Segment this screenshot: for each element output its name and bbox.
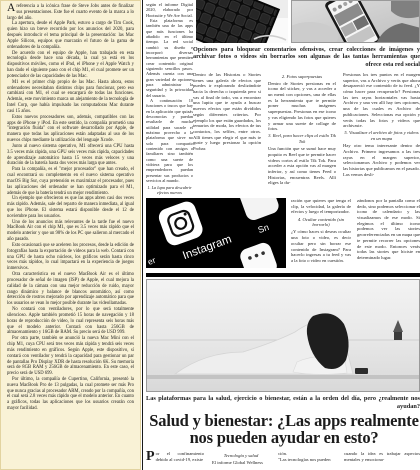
instagram-app-icon-photo: Instagram Sn er: [146, 198, 286, 268]
health-column-4: cuando la idea es trabajar aspectos ment…: [344, 451, 420, 470]
tip-5-heading: 5. Visualizar el archivo de fotos y vide…: [343, 130, 420, 141]
paragraph-text: "Las tecnologías nos pueden: [278, 457, 336, 463]
article-paragraph: Junto al nuevo sistema operativo, M1 ofr…: [7, 144, 134, 167]
article-paragraph: De acuerdo con el equipo de Apple, han t…: [7, 51, 134, 80]
drop-cap: P: [146, 451, 156, 462]
article-paragraph: Un ejemplo que ofrecieron es que las app…: [7, 196, 134, 219]
yoga-mat-edge: [147, 375, 420, 379]
keyboard-photo-graphic: [196, 0, 288, 43]
article-paragraph: Por el confinamiento debido al covid-19,…: [146, 451, 204, 462]
section-separator-bar: [146, 273, 420, 277]
article-paragraph: Estos nuevos procesadores son, además, c…: [7, 115, 134, 144]
article-paragraph: Por otra parte, también se anunció la nu…: [7, 336, 134, 377]
column-divider-rule: [142, 0, 143, 470]
article-paragraph: Otra característica en el nuevo MacBook …: [7, 272, 134, 307]
tip-1-body: Dentro de las Historias o Stories tienes…: [193, 72, 261, 152]
tip-3-body-continued: ración que quieres que tenga el clip, la…: [291, 198, 351, 215]
tip-1-heading: 1. La lupa para descubrir efectos nuevos: [146, 185, 193, 196]
phone-photo-graphic: [292, 1, 420, 43]
article-paragraph: Areferencia a la icónica frase de Steve …: [7, 4, 134, 21]
tips-column-3: Presionas los tres puntos en el margen s…: [343, 72, 420, 197]
hand-holding-phone-photo: [291, 0, 420, 43]
tip-2-heading: 2. Fotos superpuestas: [268, 74, 336, 80]
newspaper-page: Areferencia a la icónica frase de Steve …: [0, 0, 420, 470]
tip-5-body-continued: zándonos por la pantalla como el dedo, s…: [357, 198, 420, 261]
paragraph-text: or el confinamiento debido al covid-19, …: [156, 451, 204, 462]
paragraph-text: referencia a la icónica frase de Steve J…: [7, 4, 134, 21]
instagram-photo-caption: Opciones para bloquear comentarios ofens…: [193, 46, 420, 69]
article-paragraph: La apertura, desde el Apple Park, estuvo…: [7, 21, 134, 50]
article-paragraph: Esta plataforma es también una de las ap…: [146, 18, 193, 98]
article-paragraph: Esto ocasionará que se aceleren los proc…: [7, 243, 134, 272]
health-subheading: Tecnología y salud: [212, 453, 270, 459]
tip-3-heading: 3. Reel, para hacer clips al estilo Tik …: [268, 133, 336, 144]
article-paragraph: A continuación 10 funciones o trucos que…: [146, 98, 193, 183]
health-photo-caption: Las plataformas para la salud, ejercicio…: [146, 395, 420, 411]
instagram-article-intro-column: según el informe Digital 2020, elaborado…: [146, 2, 193, 196]
instagram-photo-graphic: Instagram Sn er: [146, 198, 286, 268]
health-column-2: Tecnología y salud El informe Global Wel…: [212, 451, 270, 470]
paragraph-text: cuando la idea es trabajar aspectos ment…: [344, 451, 420, 462]
tip-3-body: Una función que se sumó hace muy poquito…: [268, 146, 336, 186]
article-paragraph: No contará con ventiladores, por lo que …: [7, 307, 134, 336]
tips-column-5: zándonos por la pantalla como el dedo, s…: [357, 198, 420, 272]
plant-pot-shape: [394, 332, 402, 340]
keyboard-photo: [196, 0, 288, 43]
phone-on-floor: [355, 368, 368, 374]
tip-4-heading: 4. Ocultar contenido (sin borrarlo): [291, 217, 351, 228]
tip-archive-body: Presionas los tres puntos en el margen s…: [343, 72, 420, 129]
tips-column-1: Dentro de las Historias o Stories tienes…: [193, 72, 261, 197]
drop-cap: A: [7, 4, 16, 13]
article-paragraph: M1 es el primer chip propio de las Mac. …: [7, 80, 134, 115]
woman-exercising-photo: [146, 279, 420, 392]
health-column-3: ción. "Las tecnologías nos pueden: [278, 451, 336, 470]
health-article-headline: Salud y bienestar: ¿Las apps realmente n…: [148, 412, 420, 446]
article-paragraph: Para la compañía, es el "mejor procesado…: [7, 167, 134, 196]
tip-2-body: Dentro de Stories presionas en el icono …: [268, 81, 336, 132]
article-paragraph: Uno de los anuncios más relevantes de la…: [7, 220, 134, 243]
article-paragraph: Por último, la compañía de Cupertino, Ca…: [7, 377, 134, 412]
yoga-photo-graphic: [147, 280, 420, 392]
paragraph-text: El informe Global Wellness: [212, 460, 270, 466]
health-column-1: Por el confinamiento debido al covid-19,…: [146, 451, 204, 470]
article-paragraph: según el informe Digital 2020, elaborado…: [146, 2, 193, 18]
tip-4-body: ¿Y cómo haces si deseas ocultar una foto…: [291, 229, 351, 263]
tips-column-4: ración que quieres que tenga el clip, la…: [291, 198, 351, 272]
tip-5-body: Hay otro tema interesante dentro de Arch…: [343, 143, 420, 177]
apple-event-article: Areferencia a la icónica frase de Steve …: [0, 0, 141, 470]
tips-column-2: 2. Fotos superpuestas Dentro de Stories …: [268, 72, 336, 197]
